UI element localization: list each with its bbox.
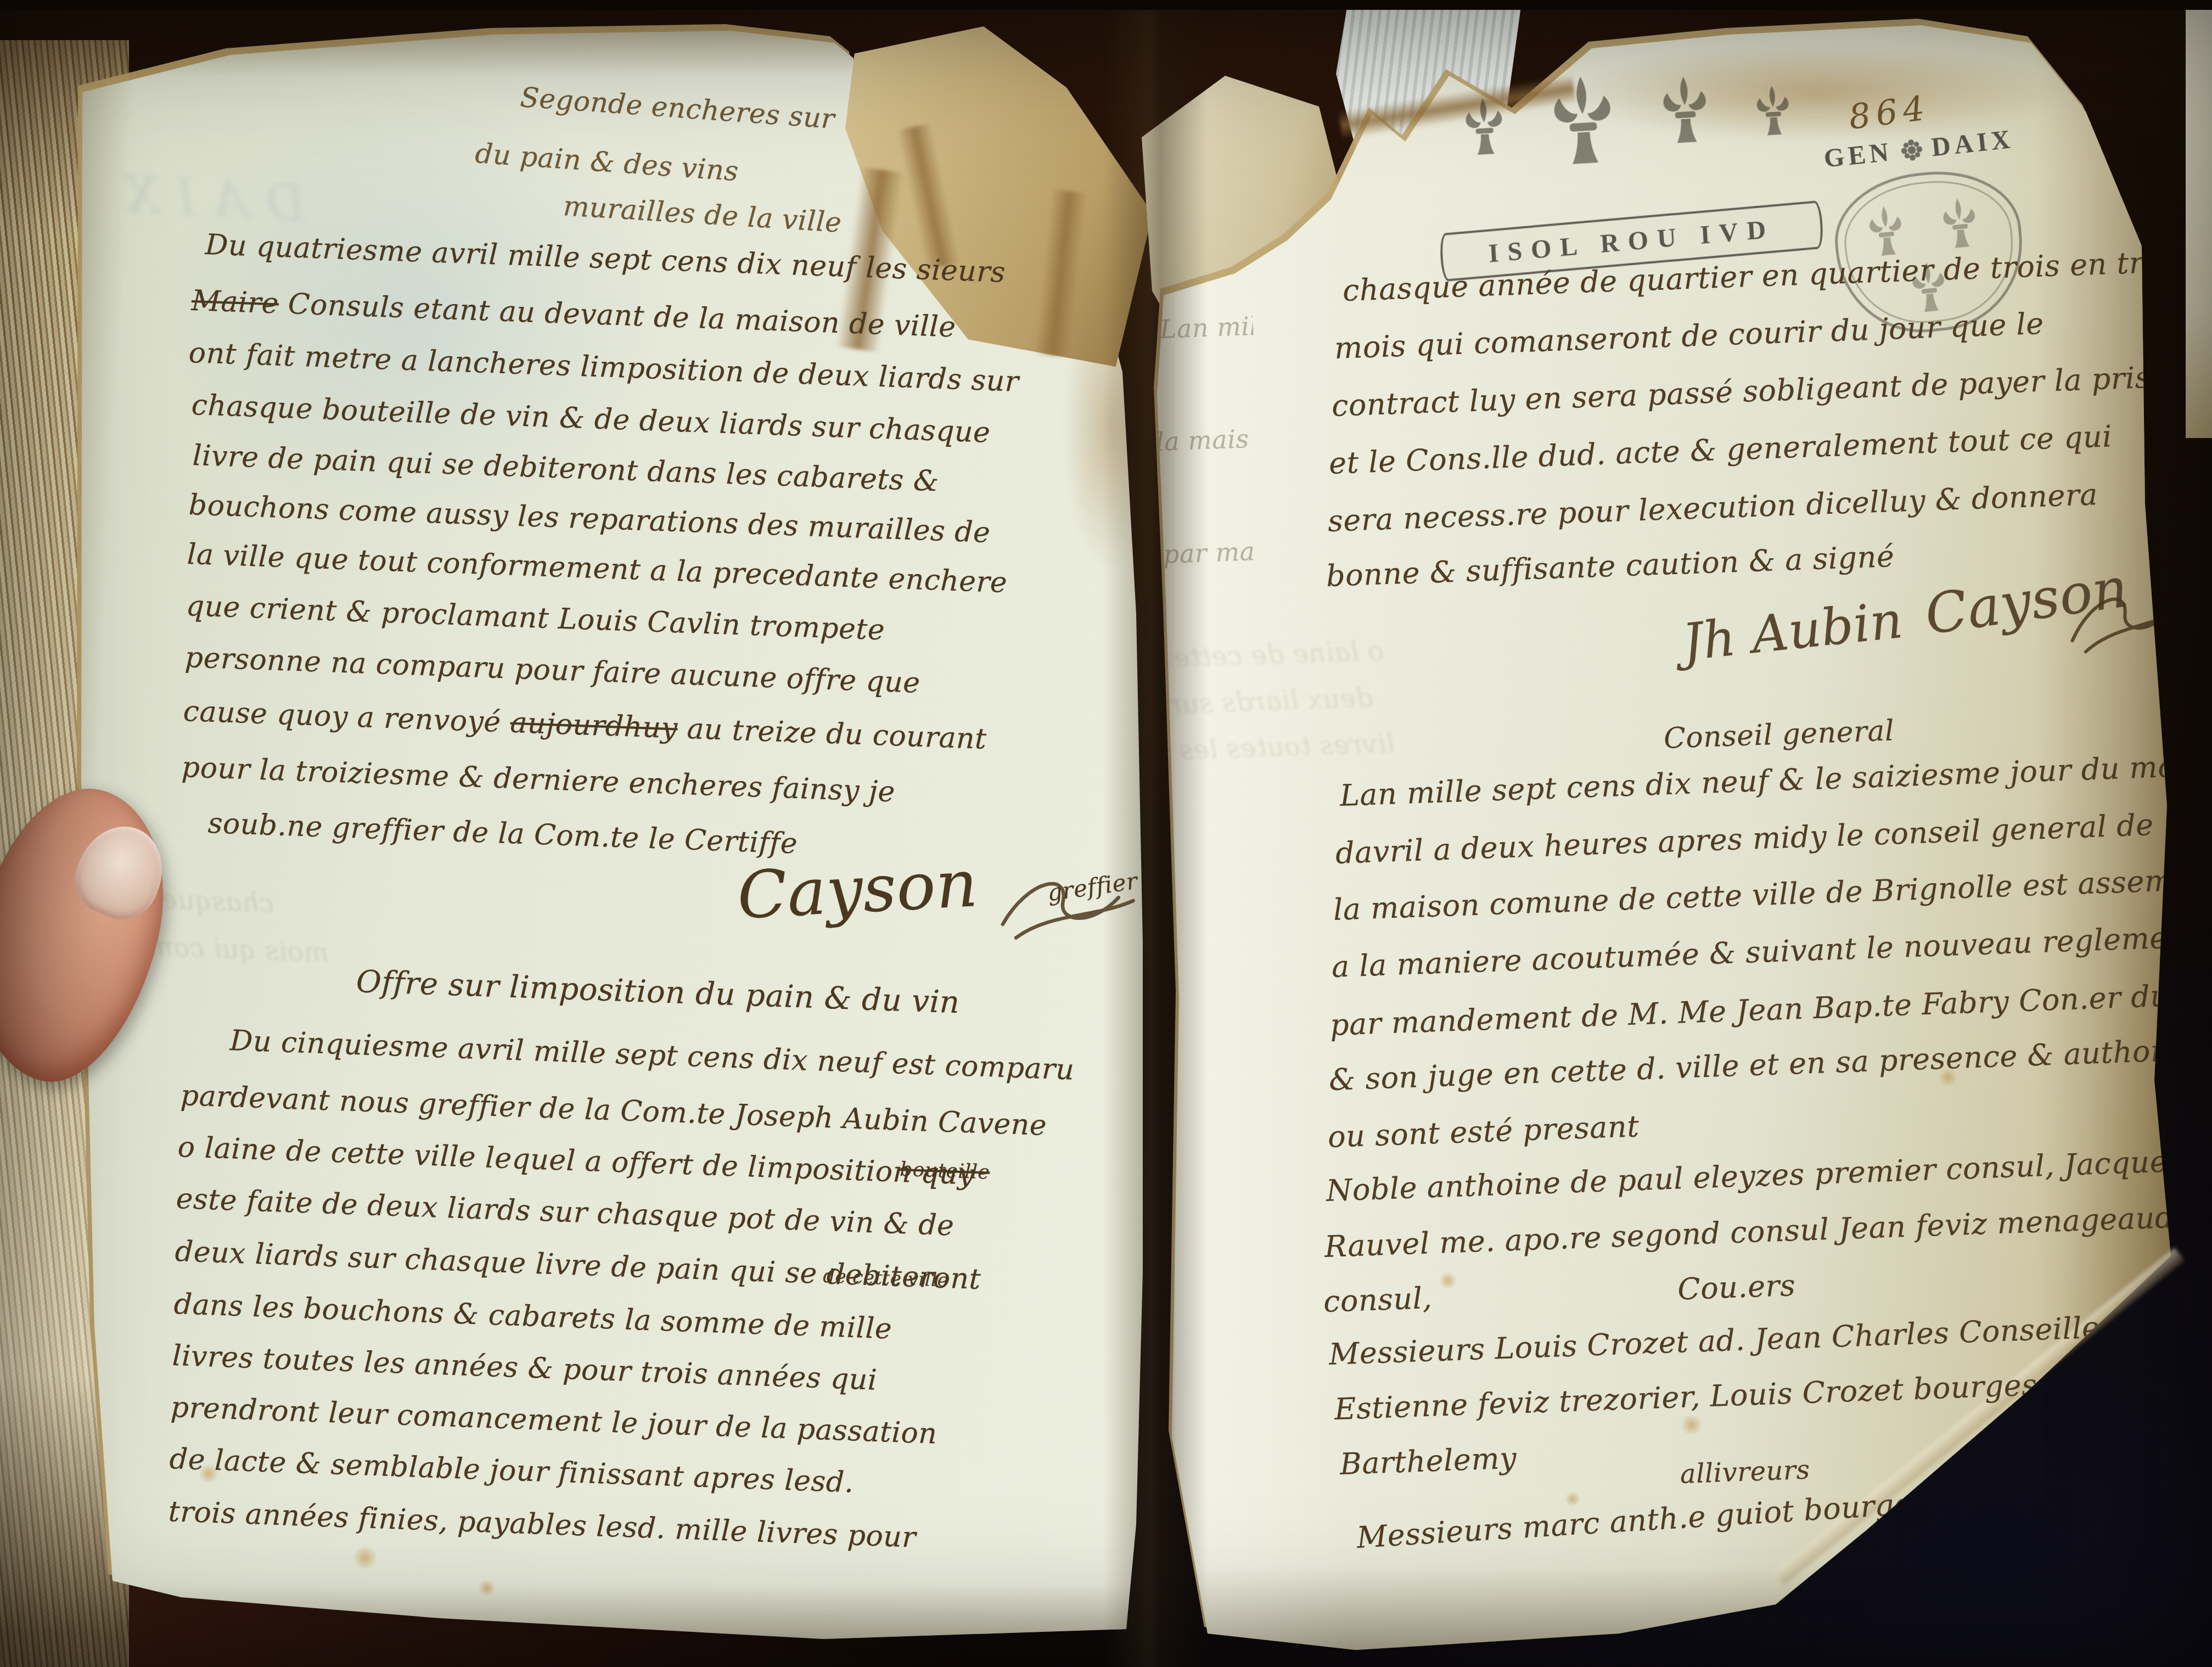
abbreviation: Cou.ers bbox=[1677, 1268, 1796, 1306]
left-para1-line: ont fait metre a lancheres limposition d… bbox=[188, 336, 1019, 398]
fleur-de-lis-icon bbox=[1752, 79, 1794, 143]
left-para1-line: bouchons come aussy les reparations des … bbox=[188, 489, 991, 549]
left-para1-line: chasque bouteille de vin & de deux liard… bbox=[191, 389, 991, 450]
left-para2-line: este faite de deux liards sur chasque po… bbox=[176, 1182, 955, 1242]
left-para2-line: trois années finies, payables lesd. mill… bbox=[168, 1495, 917, 1554]
left-para1-line: cause quoy a renvoyé aujourdhuy au treiz… bbox=[183, 695, 987, 756]
left-header-line: Segonde encheres sur bbox=[519, 81, 836, 135]
right-para1-line: sera necess.re pour lexecution dicelluy … bbox=[1327, 477, 2098, 538]
stamp-gen-daix: GEN DAIX bbox=[1808, 122, 2030, 176]
right-para2-line: a la maniere acoutumée & suivant le nouv… bbox=[1331, 919, 2199, 984]
folio-number: 864 bbox=[1846, 87, 1932, 137]
heading-offre: Offre sur limposition du pain & du vin bbox=[356, 964, 961, 1020]
left-header-line: murailles de la ville bbox=[562, 190, 843, 239]
manuscript-photo: DAIX Segonde encheres sur du pain & des … bbox=[0, 10, 2212, 1667]
heading-conseil-general: Conseil general bbox=[1663, 714, 1895, 755]
left-para2-line: pardevant nous greffier de la Com.te Jos… bbox=[180, 1079, 1047, 1142]
struck-word: Maire bbox=[191, 284, 279, 321]
struck-word: aujourdhuy bbox=[510, 706, 678, 745]
fleur-de-lis-icon bbox=[1657, 69, 1714, 151]
inserted-word: de cette ville bbox=[823, 1265, 949, 1292]
left-para1-line: Maire Consuls etant au devant de la mais… bbox=[191, 284, 957, 344]
left-para2-line: dans les bouchons & cabarets la somme de… bbox=[173, 1288, 892, 1346]
line-text: au treize du courant bbox=[686, 712, 987, 756]
left-para2-line: prendront leur comancement le jour de la… bbox=[170, 1391, 937, 1451]
right-edge-paper-strip bbox=[2186, 10, 2212, 438]
inserted-struck-word: bouteille bbox=[900, 1158, 990, 1184]
showthrough-stamp-text: DAIX bbox=[106, 164, 307, 233]
left-para2-line: de lacte & semblable jour finissant apre… bbox=[169, 1443, 855, 1499]
left-para2-line: o laine de cette ville lequel a offert d… bbox=[177, 1131, 975, 1192]
stamp-word: DAIX bbox=[1930, 124, 2015, 162]
right-para2-line: Rauvel me. apo.re segond consul Jean fev… bbox=[1324, 1198, 2212, 1264]
left-para1-line: personne na comparu pour faire aucune of… bbox=[184, 641, 921, 700]
flower-icon bbox=[1899, 137, 1925, 163]
right-para2-line: Lan mille sept cens dix neuf & le saizie… bbox=[1339, 748, 2202, 813]
left-para2-line: livres toutes les années & pour trois an… bbox=[172, 1339, 878, 1397]
line-text: consul, bbox=[1323, 1281, 1433, 1319]
left-para1-line: soub.ne greffier de la Com.te le Certiff… bbox=[207, 807, 798, 860]
left-para1-line: Du quatriesme avril mille sept cens dix … bbox=[205, 228, 1006, 289]
line-text: cause quoy a renvoyé bbox=[183, 695, 502, 739]
right-para2-line: par mandement de M. Me Jean Bap.te Fabry… bbox=[1329, 976, 2212, 1042]
left-para1-line: la ville que tout conformement a la prec… bbox=[187, 538, 1008, 599]
signature-aubin: Jh Aubin bbox=[1680, 591, 1906, 672]
left-para2-line: Du cinquiesme avril mille sept cens dix … bbox=[229, 1024, 1075, 1087]
right-para2-line: consul, Cou.ers bbox=[1323, 1268, 1796, 1319]
right-para1-line: bonne & suffisante caution & a signé bbox=[1326, 539, 1895, 593]
fleur-de-lis-icon bbox=[1546, 66, 1620, 176]
right-para1-line: contract luy en sera passé sobligeant de… bbox=[1331, 360, 2169, 423]
right-para2-line: Barthelemy bbox=[1339, 1441, 1517, 1481]
left-para1-line: que crient & proclamant Louis Cavlin tro… bbox=[186, 590, 885, 647]
right-para2-line: ou sont esté presant bbox=[1327, 1109, 1640, 1154]
left-header-line: du pain & des vins bbox=[474, 137, 740, 187]
right-para2-line: & son juge en cette d. ville et en sa pr… bbox=[1328, 1030, 2212, 1097]
fleur-de-lis-icon bbox=[1938, 192, 1982, 255]
signature-cayson: Cayson bbox=[736, 845, 980, 934]
left-para1-line: livre de pain qui se debiteront dans les… bbox=[192, 439, 940, 498]
left-para1-line: pour la troiziesme & derniere encheres f… bbox=[181, 751, 896, 809]
right-para2-line: Noble anthoine de paul eleyzes premier c… bbox=[1326, 1143, 2183, 1208]
book-gutter-shadow bbox=[1103, 10, 1208, 1667]
line-text: Consuls etant au devant de la maison de … bbox=[288, 288, 957, 344]
stamp-word: GEN bbox=[1822, 137, 1894, 174]
fleur-de-lis-icon bbox=[1864, 200, 1908, 263]
right-para1-line: et le Cons.lle dud. acte & generalement … bbox=[1328, 419, 2113, 481]
right-para2-line: allivreurs bbox=[1680, 1455, 1810, 1490]
right-para2-line: davril a deux heures apres midy le conse… bbox=[1335, 807, 2154, 871]
right-para2-line: la maison comune de cette ville de Brign… bbox=[1333, 862, 2212, 927]
